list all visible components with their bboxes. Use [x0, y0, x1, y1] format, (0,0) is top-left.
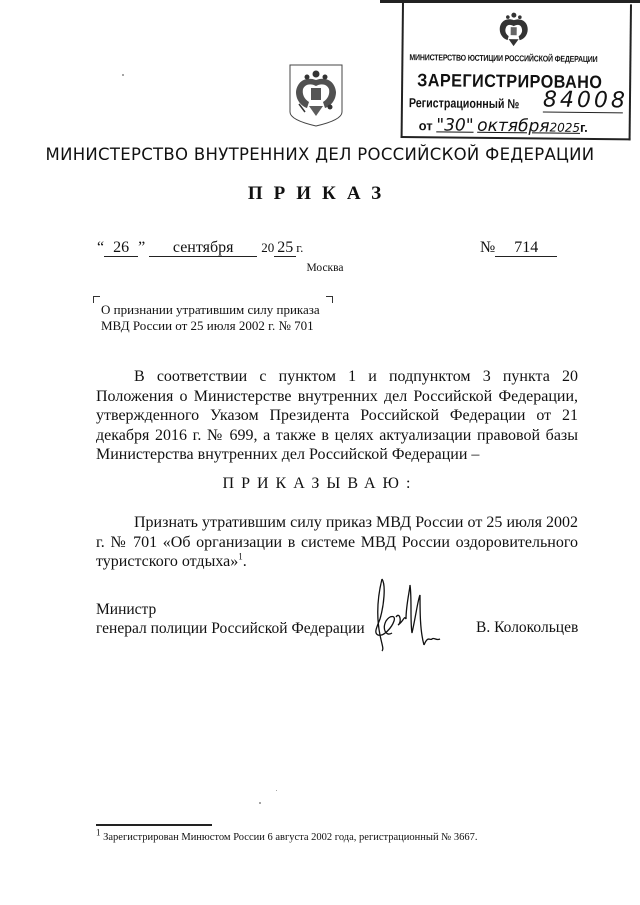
order-subject: О признании утратившим силу приказа МВД … — [101, 302, 320, 334]
footnote-text: Зарегистрирован Минюстом России 6 август… — [103, 832, 477, 843]
date-day: 26 — [104, 240, 138, 257]
footnote: 1 Зарегистрирован Минюстом России 6 авгу… — [96, 832, 477, 843]
number-value: 714 — [495, 240, 557, 257]
order-date: “26” сентября 2025г. — [97, 239, 303, 257]
scan-speck — [122, 74, 124, 76]
number-label: № — [480, 239, 495, 256]
decree-heading: ПРИКАЗЫВАЮ: — [0, 475, 640, 493]
stamp-regno-label: Регистрационный № — [409, 95, 520, 111]
subject-line-1: О признании утратившим силу приказа — [101, 302, 320, 318]
city: Москва — [0, 262, 640, 274]
order-paragraph: Признать утратившим силу приказ МВД Росс… — [96, 513, 578, 572]
order-text: Признать утратившим силу приказ МВД Росс… — [96, 514, 578, 570]
preamble-paragraph: В соответствии с пунктом 1 и подпунктом … — [96, 367, 578, 465]
stamp-date: от "30" октября2025г. — [419, 115, 588, 137]
signer-title-line-1: Министр — [96, 600, 365, 619]
date-suffix: г. — [296, 240, 303, 255]
date-year: 25 — [274, 240, 296, 257]
stamp-date-prefix: от — [419, 118, 433, 133]
subject-corner-right — [326, 296, 333, 303]
signer-name: В. Колокольцев — [476, 619, 578, 637]
date-close-quote: ” — [138, 239, 145, 256]
date-open-quote: “ — [97, 239, 104, 256]
subject-corner-left — [93, 296, 100, 303]
registration-stamp: МИНИСТЕРСТВО ЮСТИЦИИ РОССИЙСКОЙ ФЕДЕРАЦИ… — [401, 2, 632, 140]
handwritten-signature — [370, 575, 442, 655]
coat-of-arms-emblem — [287, 62, 345, 128]
stamp-regno-value: 84008 — [543, 89, 623, 113]
scan-speck — [259, 802, 261, 804]
stamp-date-month: октября — [477, 116, 550, 137]
stamp-ministry-name: МИНИСТЕРСТВО ЮСТИЦИИ РОССИЙСКОЙ ФЕДЕРАЦИ… — [409, 52, 586, 64]
date-month: сентября — [149, 240, 257, 257]
stamp-date-day: "30" — [436, 115, 473, 135]
footnote-mark: 1 — [96, 828, 101, 838]
stamp-emblem-icon — [494, 9, 534, 49]
ministry-title: МИНИСТЕРСТВО ВНУТРЕННИХ ДЕЛ РОССИЙСКОЙ Ф… — [0, 145, 640, 164]
signer-title-line-2: генерал полиции Российской Федерации — [96, 619, 365, 638]
signer-title: Министр генерал полиции Российской Федер… — [96, 600, 365, 638]
stamp-date-suffix: г. — [580, 120, 588, 135]
document-type-title: ПРИКАЗ — [0, 183, 640, 205]
footnote-separator — [96, 824, 212, 826]
subject-line-2: МВД России от 25 июля 2002 г. № 701 — [101, 318, 320, 334]
order-number: №714 — [480, 239, 557, 257]
stamp-date-year: 2025 — [549, 121, 580, 135]
scan-speck — [276, 790, 277, 791]
date-century: 20 — [261, 240, 274, 255]
preamble-text: В соответствии с пунктом 1 и подпунктом … — [96, 368, 578, 463]
